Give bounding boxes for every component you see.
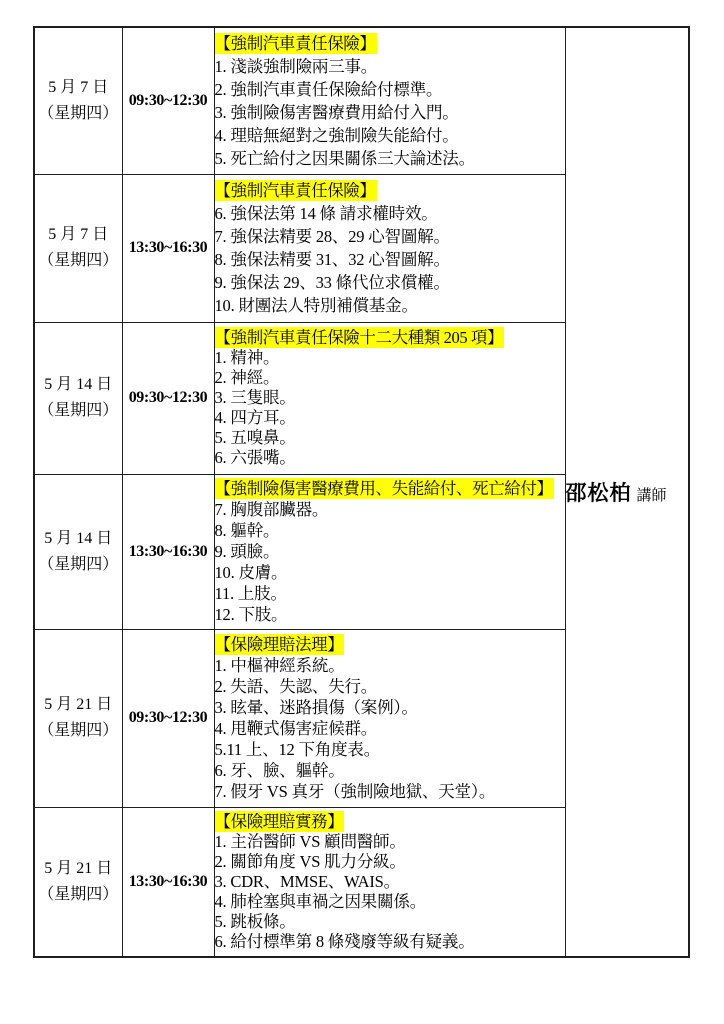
session-item: 6. 強保法第 14 條 請求權時效。 [215, 202, 565, 225]
session-item: 7. 胸腹部臟器。 [215, 499, 565, 520]
time-cell: 13:30~16:30 [122, 174, 214, 322]
session-title-line: 【強制汽車責任保險】 [215, 179, 565, 202]
session-title-line: 【強制汽車責任保險十二大種類 205 項】 [215, 328, 565, 348]
session-item: 9. 頭臉。 [215, 541, 565, 562]
session-item: 11. 上肢。 [215, 583, 565, 604]
weekday-text: （星期四） [35, 552, 122, 578]
session-item: 3. 強制險傷害醫療費用給付入門。 [215, 101, 565, 124]
session-item: 1. 中樞神經系統。 [215, 655, 565, 676]
session-item: 8. 軀幹。 [215, 520, 565, 541]
session-item: 10. 財團法人特別補償基金。 [215, 294, 565, 317]
instructor-name: 邵松柏 [566, 482, 632, 505]
session-item: 1. 主治醫師 VS 顧問醫師。 [215, 832, 565, 852]
time-cell: 09:30~12:30 [122, 322, 214, 474]
time-text: 09:30~12:30 [129, 709, 208, 726]
date-text: 5 月 21 日 [35, 692, 122, 718]
session-item: 1. 精神。 [215, 348, 565, 368]
session-title: 【強制汽車責任保險十二大種類 205 項】 [215, 327, 505, 348]
session-item: 9. 強保法 29、33 條代位求償權。 [215, 271, 565, 294]
session-title-line: 【強制汽車責任保險】 [215, 32, 565, 55]
date-text: 5 月 14 日 [35, 372, 122, 398]
document-page: 5 月 7 日（星期四）09:30~12:30【強制汽車責任保險】1. 淺談強制… [33, 26, 690, 958]
weekday-text: （星期四） [35, 882, 122, 908]
session-item: 3. CDR、MMSE、WAIS。 [215, 872, 565, 892]
course-schedule-table: 5 月 7 日（星期四）09:30~12:30【強制汽車責任保險】1. 淺談強制… [33, 26, 690, 958]
content-cell: 【強制險傷害醫療費用、失能給付、死亡給付】7. 胸腹部臟器。8. 軀幹。9. 頭… [214, 474, 565, 629]
content-cell: 【強制汽車責任保險】1. 淺談強制險兩三事。2. 強制汽車責任保險給付標準。3.… [214, 27, 565, 174]
session-item: 6. 給付標準第 8 條殘廢等級有疑義。 [215, 932, 565, 952]
session-title: 【強制險傷害醫療費用、失能給付、死亡給付】 [215, 478, 554, 499]
session-item: 2. 神經。 [215, 368, 565, 388]
session-item: 7. 假牙 VS 真牙（強制險地獄、天堂）。 [215, 781, 565, 802]
session-title: 【強制汽車責任保險】 [215, 180, 377, 201]
schedule-row: 5 月 7 日（星期四）09:30~12:30【強制汽車責任保險】1. 淺談強制… [34, 27, 689, 174]
date-cell: 5 月 7 日（星期四） [34, 27, 122, 174]
session-title: 【保險理賠實務】 [215, 811, 345, 832]
session-item: 4. 甩鞭式傷害症候群。 [215, 718, 565, 739]
session-item: 5. 五嗅鼻。 [215, 428, 565, 448]
session-item: 6. 牙、臉、軀幹。 [215, 760, 565, 781]
session-item: 3. 眩暈、迷路損傷（案例）。 [215, 697, 565, 718]
date-cell: 5 月 14 日（星期四） [34, 474, 122, 629]
date-cell: 5 月 7 日（星期四） [34, 174, 122, 322]
time-cell: 09:30~12:30 [122, 629, 214, 807]
session-item: 8. 強保法精要 31、32 心智圖解。 [215, 248, 565, 271]
session-title-line: 【保險理賠實務】 [215, 812, 565, 832]
date-text: 5 月 21 日 [35, 856, 122, 882]
session-title: 【保險理賠法理】 [215, 634, 345, 655]
session-item: 3. 三隻眼。 [215, 388, 565, 408]
session-item: 5.11 上、12 下角度表。 [215, 739, 565, 760]
session-item: 5. 跳板條。 [215, 912, 565, 932]
session-item: 6. 六張嘴。 [215, 448, 565, 468]
session-item: 2. 強制汽車責任保險給付標準。 [215, 78, 565, 101]
time-text: 09:30~12:30 [129, 92, 208, 109]
content-cell: 【強制汽車責任保險】6. 強保法第 14 條 請求權時效。7. 強保法精要 28… [214, 174, 565, 322]
content-cell: 【強制汽車責任保險十二大種類 205 項】1. 精神。2. 神經。3. 三隻眼。… [214, 322, 565, 474]
session-item: 5. 死亡給付之因果關係三大論述法。 [215, 147, 565, 170]
time-cell: 09:30~12:30 [122, 27, 214, 174]
session-item: 10. 皮膚。 [215, 562, 565, 583]
date-cell: 5 月 21 日（星期四） [34, 807, 122, 957]
session-item: 2. 關節角度 VS 肌力分級。 [215, 852, 565, 872]
time-text: 13:30~16:30 [129, 543, 208, 560]
instructor-cell: 邵松柏講師 [565, 27, 689, 957]
time-cell: 13:30~16:30 [122, 807, 214, 957]
weekday-text: （星期四） [35, 718, 122, 744]
session-title: 【強制汽車責任保險】 [215, 33, 377, 54]
content-cell: 【保險理賠法理】1. 中樞神經系統。2. 失語、失認、失行。3. 眩暈、迷路損傷… [214, 629, 565, 807]
time-text: 09:30~12:30 [129, 389, 208, 406]
schedule-body: 5 月 7 日（星期四）09:30~12:30【強制汽車責任保險】1. 淺談強制… [34, 27, 689, 957]
session-title-line: 【強制險傷害醫療費用、失能給付、死亡給付】 [215, 478, 565, 499]
time-text: 13:30~16:30 [129, 873, 208, 890]
time-cell: 13:30~16:30 [122, 474, 214, 629]
session-item: 4. 肺栓塞與車禍之因果關係。 [215, 892, 565, 912]
time-text: 13:30~16:30 [129, 239, 208, 256]
date-text: 5 月 14 日 [35, 526, 122, 552]
session-title-line: 【保險理賠法理】 [215, 634, 565, 655]
session-item: 4. 理賠無絕對之強制險失能給付。 [215, 124, 565, 147]
content-cell: 【保險理賠實務】1. 主治醫師 VS 顧問醫師。2. 關節角度 VS 肌力分級。… [214, 807, 565, 957]
session-item: 1. 淺談強制險兩三事。 [215, 55, 565, 78]
date-text: 5 月 7 日 [35, 75, 122, 101]
weekday-text: （星期四） [35, 101, 122, 127]
date-cell: 5 月 14 日（星期四） [34, 322, 122, 474]
weekday-text: （星期四） [35, 398, 122, 424]
instructor-title: 講師 [637, 488, 667, 504]
date-cell: 5 月 21 日（星期四） [34, 629, 122, 807]
weekday-text: （星期四） [35, 248, 122, 274]
date-text: 5 月 7 日 [35, 222, 122, 248]
session-item: 4. 四方耳。 [215, 408, 565, 428]
session-item: 2. 失語、失認、失行。 [215, 676, 565, 697]
session-item: 12. 下肢。 [215, 604, 565, 625]
session-item: 7. 強保法精要 28、29 心智圖解。 [215, 225, 565, 248]
